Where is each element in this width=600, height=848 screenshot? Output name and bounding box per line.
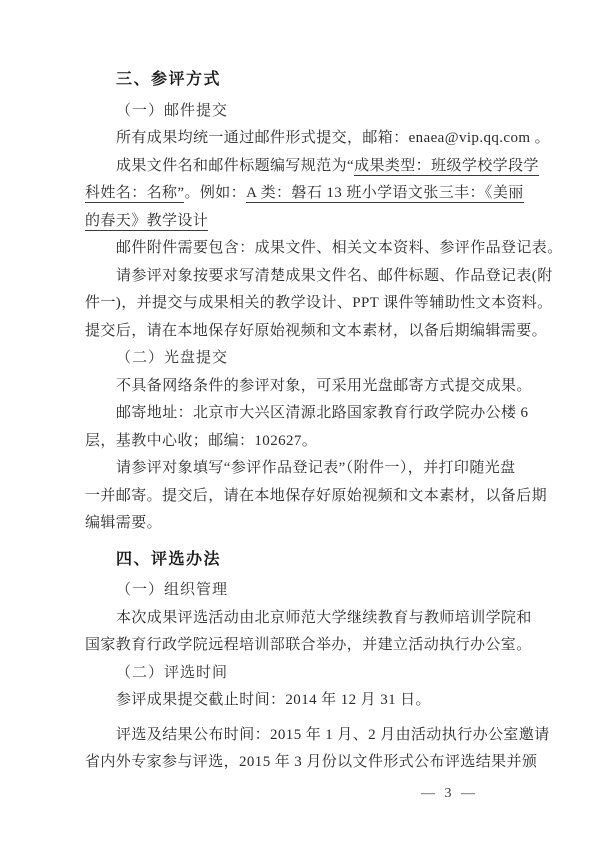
text-segment: 所有成果均统一通过邮件形式提交，邮箱：enaea@vip.qq.com 。: [116, 130, 550, 146]
text-line: 的春天》教学设计: [85, 208, 519, 236]
text-segment: （二）光盘提交: [116, 350, 228, 366]
text-segment: 。例如：: [184, 185, 246, 201]
sub-heading: （二）评选时间: [85, 660, 519, 688]
sub-heading: （一）邮件提交: [85, 98, 519, 126]
text-line: 提交后，请在本地保存好原始视频和文本素材，以备后期编辑需要。: [85, 318, 519, 346]
text-line: 国家教育行政学院远程培训部联合举办，并建立活动执行办公室。: [85, 632, 519, 660]
document-page: 三、参评方式（一）邮件提交所有成果均统一通过邮件形式提交，邮箱：enaea@vi…: [0, 0, 600, 848]
text-line: 邮寄地址：北京市大兴区清源北路国家教育行政学院办公楼 6: [85, 400, 519, 428]
text-segment: 四、评选办法: [116, 551, 221, 568]
text-line: 参评成果提交截止时间：2014 年 12 月 31 日。: [85, 687, 519, 715]
text-segment: （一）邮件提交: [116, 103, 228, 119]
text-line: 层，基教中心收；邮编：102627。: [85, 428, 519, 456]
sub-heading: （一）组织管理: [85, 577, 519, 605]
text-segment: 省内外专家参与评选，2015 年 3 月份以文件形式公布评选结果并颁: [85, 754, 537, 770]
text-segment: 评选及结果公布时间：2015 年 1 月、2 月由活动执行办公室邀请: [116, 727, 550, 743]
text-segment: （一）组织管理: [116, 582, 228, 598]
text-segment: 三、参评方式: [116, 71, 221, 88]
text-line: 本次成果评选活动由北京师范大学继续教育与教师培训学院和: [85, 605, 519, 633]
section-heading: 四、评选办法: [85, 546, 519, 574]
text-line: 科姓名：名称”。例如：A 类：磐石 13 班小学语文张三丰：《美丽: [85, 180, 519, 208]
text-segment: 成果文件名和邮件标题编写规范为“: [116, 158, 354, 174]
text-segment: 提交后，请在本地保存好原始视频和文本素材，以备后期编辑需要。: [85, 323, 547, 339]
text-segment: 请参评对象按要求写清楚成果文件名、邮件标题、作品登记表(附: [116, 268, 553, 284]
text-segment: 件一)，并提交与成果相关的教学设计、PPT 课件等辅助性文本资料。: [85, 295, 553, 311]
text-line: 邮件附件需要包含：成果文件、相关文本资料、参评作品登记表。: [85, 235, 519, 263]
text-line: 所有成果均统一通过邮件形式提交，邮箱：enaea@vip.qq.com 。: [85, 125, 519, 153]
underlined-text: 成果类型：班级学校学段学: [354, 158, 539, 176]
underlined-text: A 类：磐石 13 班小学语文张三丰：《美丽: [246, 185, 524, 203]
text-segment: （二）评选时间: [116, 665, 228, 681]
sub-heading: （二）光盘提交: [85, 345, 519, 373]
text-line: 请参评对象填写“参评作品登记表”（附件一），并打印随光盘: [85, 455, 519, 483]
underlined-text: 的春天》教学设计: [85, 213, 208, 231]
text-line: 成果文件名和邮件标题编写规范为“成果类型：班级学校学段学: [85, 153, 519, 181]
text-line: 省内外专家参与评选，2015 年 3 月份以文件形式公布评选结果并颁: [85, 749, 519, 777]
page-number: — 3 —: [421, 786, 478, 802]
text-line: 不具备网络条件的参评对象，可采用光盘邮寄方式提交成果。: [85, 373, 519, 401]
text-line: 一并邮寄。提交后，请在本地保存好原始视频和文本素材，以备后期: [85, 483, 519, 511]
text-segment: 请参评对象填写“参评作品登记表”（附件一），并打印随光盘: [116, 460, 516, 476]
underlined-text: 科姓名：名称”: [85, 185, 184, 203]
text-segment: 本次成果评选活动由北京师范大学继续教育与教师培训学院和: [116, 610, 532, 626]
section-heading: 三、参评方式: [85, 66, 519, 94]
text-line: 编辑需要。: [85, 510, 519, 538]
document-body: 三、参评方式（一）邮件提交所有成果均统一通过邮件形式提交，邮箱：enaea@vi…: [85, 66, 519, 777]
text-line: 请参评对象按要求写清楚成果文件名、邮件标题、作品登记表(附: [85, 263, 519, 291]
text-segment: 参评成果提交截止时间：2014 年 12 月 31 日。: [116, 692, 431, 708]
text-line: 评选及结果公布时间：2015 年 1 月、2 月由活动执行办公室邀请: [85, 722, 519, 750]
text-segment: 编辑需要。: [85, 515, 162, 531]
text-segment: 国家教育行政学院远程培训部联合举办，并建立活动执行办公室。: [85, 637, 532, 653]
text-line: 件一)，并提交与成果相关的教学设计、PPT 课件等辅助性文本资料。: [85, 290, 519, 318]
text-segment: 一并邮寄。提交后，请在本地保存好原始视频和文本素材，以备后期: [85, 488, 547, 504]
text-segment: 层，基教中心收；邮编：102627。: [85, 433, 317, 449]
text-segment: 邮件附件需要包含：成果文件、相关文本资料、参评作品登记表。: [116, 240, 563, 256]
text-segment: 不具备网络条件的参评对象，可采用光盘邮寄方式提交成果。: [116, 378, 532, 394]
text-segment: 邮寄地址：北京市大兴区清源北路国家教育行政学院办公楼 6: [116, 405, 528, 421]
